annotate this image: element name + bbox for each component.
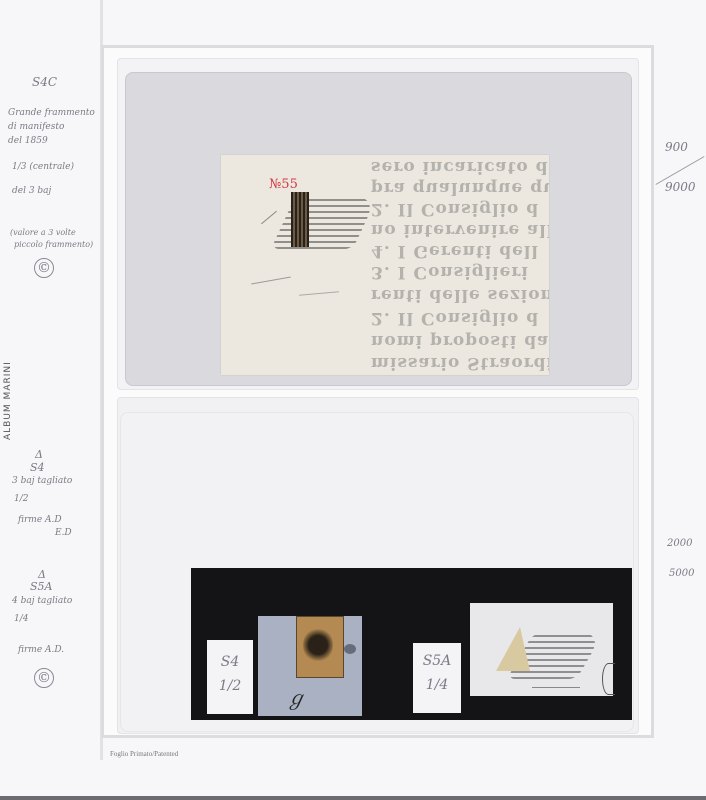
note-code-s4c: S4C bbox=[32, 75, 57, 89]
stamp-quarter-4-baj[interactable] bbox=[496, 627, 530, 671]
note-line: 3 baj tagliato bbox=[12, 476, 72, 486]
note-line: Grande frammento bbox=[8, 108, 95, 118]
bleed-through-text: renti delle sezioni Co bbox=[371, 285, 549, 305]
price-note-bottom: 9000 bbox=[665, 180, 696, 194]
black-stock-card: S4 1/2 ℊ S5A 1/4 bbox=[191, 568, 632, 720]
scan-bottom-edge bbox=[0, 796, 706, 800]
fragment-s5a[interactable] bbox=[470, 603, 613, 696]
note-line: firme A.D bbox=[18, 515, 62, 525]
label-code: S4 bbox=[207, 654, 253, 670]
bleed-through-text: no intervenire all bbox=[371, 220, 549, 240]
pencil-signature bbox=[299, 291, 339, 295]
circular-postmark-edge bbox=[602, 663, 615, 695]
bleed-through-text: nomi proposti dalle bbox=[371, 331, 549, 351]
stamp-third-3-baj[interactable] bbox=[291, 192, 309, 247]
note-line: firme A.D. bbox=[18, 645, 64, 655]
bleed-through-text: 4. I Gerenti dell bbox=[371, 241, 539, 261]
bleed-through-text: missario Straordinario bbox=[371, 353, 549, 373]
price-note-top: 900 bbox=[665, 140, 688, 154]
pencil-signature bbox=[251, 277, 291, 285]
note-line: E.D bbox=[55, 528, 72, 538]
bleed-through-text: sero incaricato di com bbox=[371, 157, 549, 177]
pencil-signature bbox=[532, 687, 580, 688]
label-code: S5A bbox=[413, 653, 461, 669]
stamp-half-3-baj[interactable] bbox=[296, 616, 344, 678]
copyright-mark-icon: © bbox=[34, 258, 54, 278]
delta-icon: Δ bbox=[35, 448, 43, 461]
copyright-mark-icon: © bbox=[34, 668, 54, 688]
stamp-design bbox=[303, 627, 333, 663]
note-line: piccolo frammento) bbox=[14, 240, 93, 249]
note-code-s4: S4 bbox=[30, 461, 45, 474]
bleed-through-text: 3. I Consiglieri bbox=[371, 262, 529, 282]
pencil-mark bbox=[261, 211, 277, 225]
note-line: 1/3 (centrale) bbox=[12, 162, 74, 172]
note-line: del 3 baj bbox=[12, 186, 51, 196]
album-brand-footer: Foglio Primato/Patented bbox=[110, 750, 178, 758]
tagli-price-2: 5000 bbox=[669, 568, 694, 579]
label-card-s4: S4 1/2 bbox=[207, 640, 253, 714]
note-line: 4 baj tagliato bbox=[12, 596, 72, 606]
label-fraction: 1/4 bbox=[413, 677, 461, 693]
album-name-label: ALBUM MARINI bbox=[3, 361, 13, 440]
note-line: (valore a 3 volte bbox=[10, 228, 76, 237]
postmark bbox=[344, 644, 356, 654]
bleed-through-text: pra qualunque questio bbox=[371, 178, 549, 198]
note-line: 1/2 bbox=[14, 494, 28, 504]
cover-number: №55 bbox=[269, 177, 298, 192]
ink-writing: ℊ bbox=[286, 682, 306, 711]
bleed-through-text: 2. Il Consiglio d bbox=[371, 308, 539, 328]
fragment-s4[interactable]: ℊ bbox=[258, 616, 362, 716]
label-card-s5a: S5A 1/4 bbox=[413, 643, 461, 713]
note-line: 1/4 bbox=[14, 614, 28, 624]
note-code-s5a: S5A bbox=[30, 580, 52, 593]
label-fraction: 1/2 bbox=[207, 678, 253, 694]
note-line: del 1859 bbox=[8, 136, 48, 146]
note-line: di manifesto bbox=[8, 122, 64, 132]
tagli-price-1: 2000 bbox=[667, 538, 692, 549]
bleed-through-text: 2. Il Consiglio d bbox=[371, 199, 539, 219]
grid-cancellation bbox=[271, 197, 377, 249]
manifesto-fragment-cover[interactable]: sero incaricato di com pra qualunque que… bbox=[221, 155, 549, 375]
